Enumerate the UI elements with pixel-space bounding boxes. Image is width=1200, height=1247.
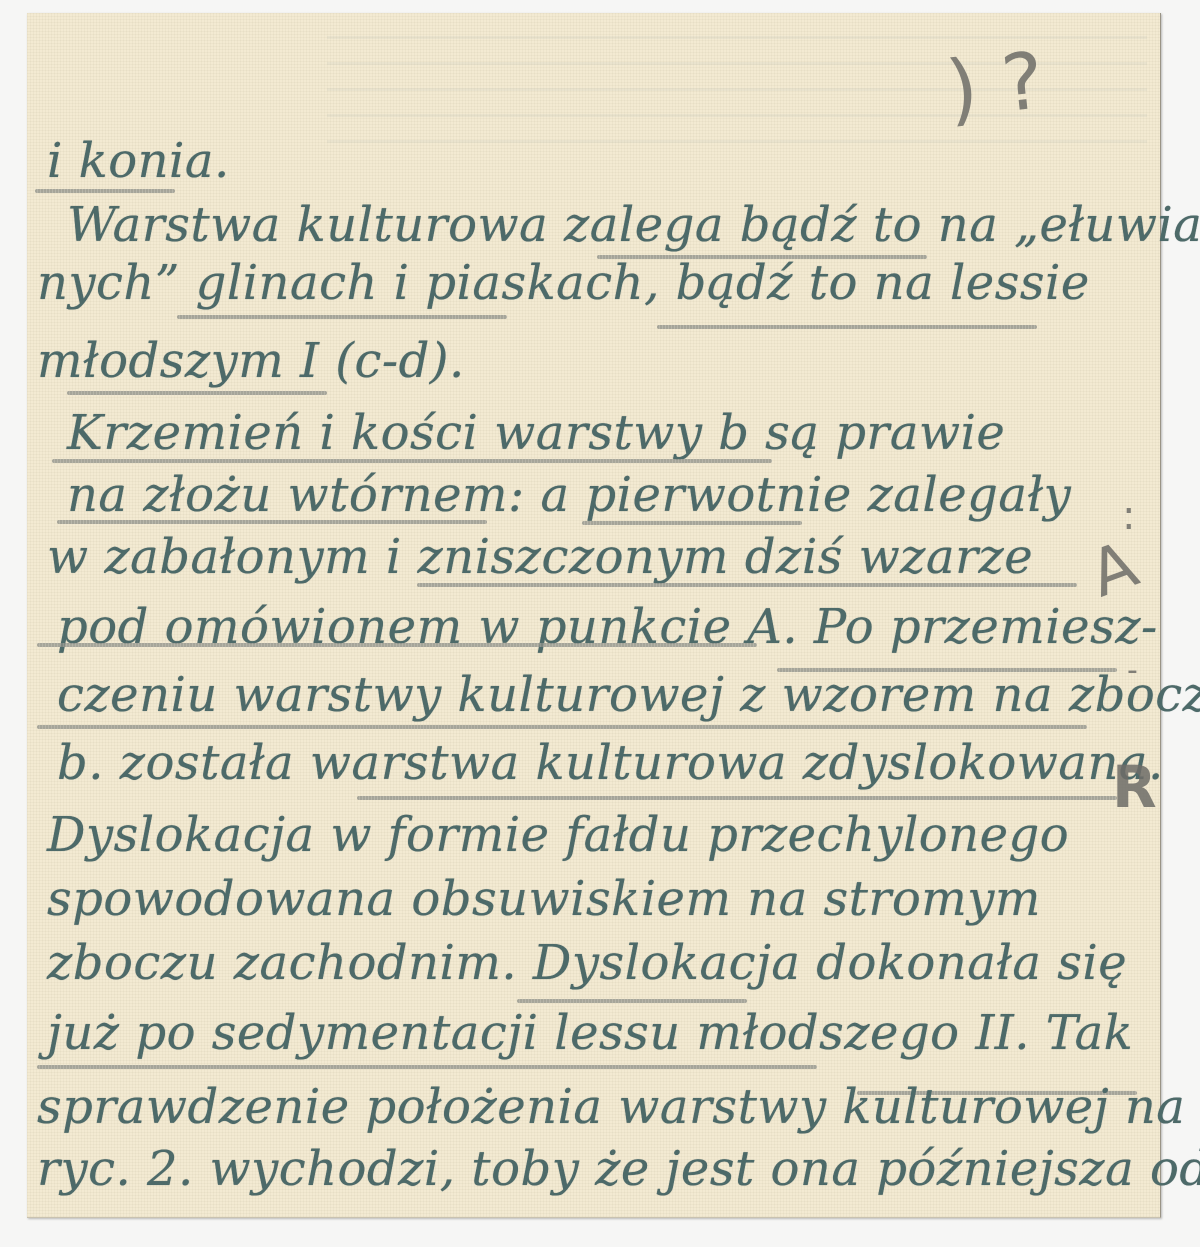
underline [177,315,507,319]
underline [52,459,772,463]
underline [37,1065,817,1069]
pencil-mark-colon: : [1122,493,1135,539]
text-line-7: w zabałonym i zniszczonym dziś wzarze [47,527,1033,587]
underline [357,796,1117,800]
text-line-1: i konia. [47,131,230,191]
text-line-12: spowodowana obsuwiskiem na stromym [47,869,1041,929]
text-line-16: ryc. 2. wychodzi, toby że jest ona późni… [37,1139,1200,1199]
underline [35,189,175,193]
text-line-6: na złożu wtórnem: a pierwotnie zalegały [67,465,1071,525]
underline [582,521,802,525]
underline [57,520,487,524]
text-line-3: nych” glinach i piaskach, bądź to na les… [37,253,1090,313]
pencil-question-mark: ) ? [943,36,1049,136]
text-line-14: już po sedymentacji lessu młodszego II. … [47,1003,1133,1063]
underline [657,325,1037,329]
underline [67,391,327,395]
underline [37,643,757,647]
manuscript-page: i konia. Warstwa kulturowa zalega bądź t… [27,13,1161,1218]
text-line-5: Krzemień i kości warstwy b są prawie [67,403,1005,463]
text-line-8: pod omówionem w punkcie A. Po przemiesz- [57,597,1158,657]
text-line-11: Dyslokacja w formie fałdu przechylonego [47,805,1069,865]
underline [417,583,1077,587]
text-line-10: b. została warstwa kulturowa zdyslokowan… [57,733,1164,793]
text-line-13: zboczu zachodnim. Dyslokacja dokonała si… [47,933,1127,993]
text-line-4: młodszym I (c-d). [37,331,465,391]
pencil-mark-dash: - [1127,653,1138,688]
pencil-mark-r: R [1112,753,1157,821]
underline [37,725,1087,729]
text-line-15: sprawdzenie położenia warstwy kulturowej… [37,1077,1185,1137]
text-line-2: Warstwa kulturowa zalega bądź to na „ełu… [67,195,1200,255]
text-line-9: czeniu warstwy kulturowej z wzorem na zb… [57,665,1200,725]
